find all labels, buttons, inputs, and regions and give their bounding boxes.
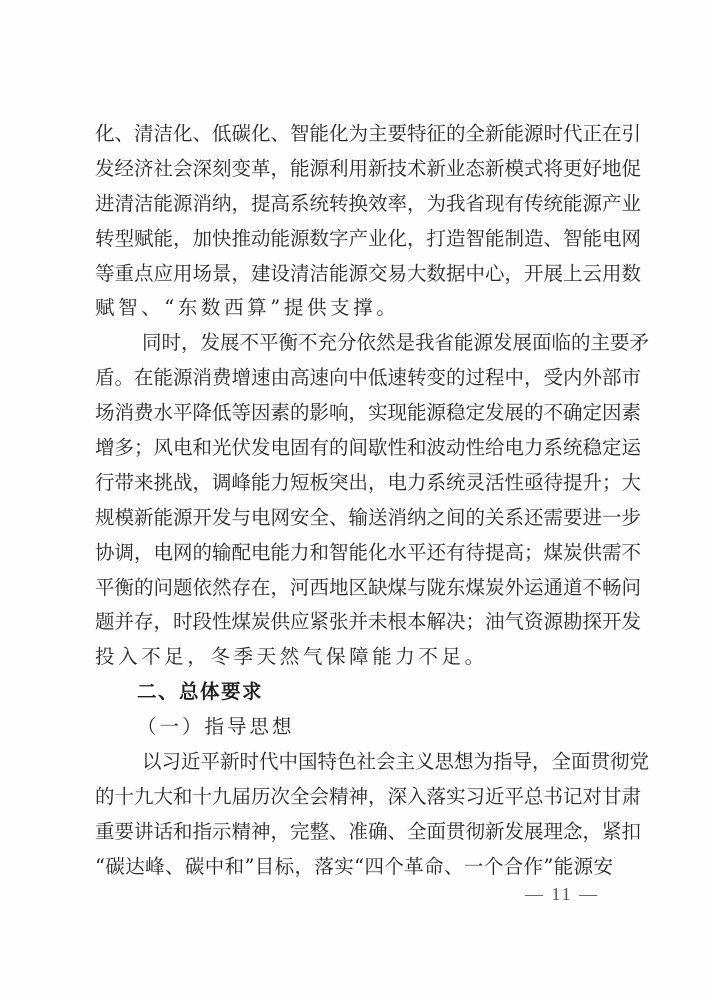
body-text: 化、清洁化、低碳化、智能化为主要特征的全新能源时代正在引 发经济社会深刻变革，能… <box>95 117 613 885</box>
paragraph-line: 场消费水平降低等因素的影响，实现能源稳定发展的不确定因素 <box>95 396 613 431</box>
paragraph-line: 化、清洁化、低碳化、智能化为主要特征的全新能源时代正在引 <box>95 117 613 152</box>
paragraph-line: 以习近平新时代中国特色社会主义思想为指导，全面贯彻党 <box>95 745 613 780</box>
paragraph-line: 规模新能源开发与电网安全、输送消纳之间的关系还需要进一步 <box>95 501 613 536</box>
paragraph-line: 平衡的问题依然存在，河西地区缺煤与陇东煤炭外运通道不畅问 <box>95 571 613 606</box>
paragraph-line: 行带来挑战，调峰能力短板突出，电力系统灵活性亟待提升；大 <box>95 466 613 501</box>
paragraph-line: 等重点应用场景，建设清洁能源交易大数据中心，开展上云用数 <box>95 257 613 292</box>
paragraph-line: 盾。在能源消费增速由高速向中低速转变的过程中，受内外部市 <box>95 361 613 396</box>
paragraph-line: 同时，发展不平衡不充分依然是我省能源发展面临的主要矛 <box>95 326 613 361</box>
paragraph-line: 进清洁能源消纳，提高系统转换效率，为我省现有传统能源产业 <box>95 187 613 222</box>
paragraph-line: 投入不足，冬季天然气保障能力不足。 <box>95 640 613 675</box>
subsection-heading: （一）指导思想 <box>95 710 613 745</box>
document-page: 化、清洁化、低碳化、智能化为主要特征的全新能源时代正在引 发经济社会深刻变革，能… <box>0 0 707 1000</box>
paragraph-line: 协调，电网的输配电能力和智能化水平还有待提高；煤炭供需不 <box>95 536 613 571</box>
section-heading: 二、总体要求 <box>95 675 613 710</box>
paragraph-line: 赋智、“东数西算”提供支撑。 <box>95 291 613 326</box>
paragraph-line: 增多；风电和光伏发电固有的间歇性和波动性给电力系统稳定运 <box>95 431 613 466</box>
paragraph-line: “碳达峰、碳中和”目标，落实“四个革命、一个合作”能源安 <box>95 850 613 885</box>
page-number: — 11 — <box>522 884 602 905</box>
paragraph-line: 转型赋能，加快推动能源数字产业化，打造智能制造、智能电网 <box>95 222 613 257</box>
paragraph-line: 发经济社会深刻变革，能源利用新技术新业态新模式将更好地促 <box>95 152 613 187</box>
paragraph-line: 的十九大和十九届历次全会精神，深入落实习近平总书记对甘肃 <box>95 780 613 815</box>
paragraph-line: 重要讲话和指示精神，完整、准确、全面贯彻新发展理念，紧扣 <box>95 815 613 850</box>
paragraph-line: 题并存，时段性煤炭供应紧张并未根本解决；油气资源勘探开发 <box>95 605 613 640</box>
